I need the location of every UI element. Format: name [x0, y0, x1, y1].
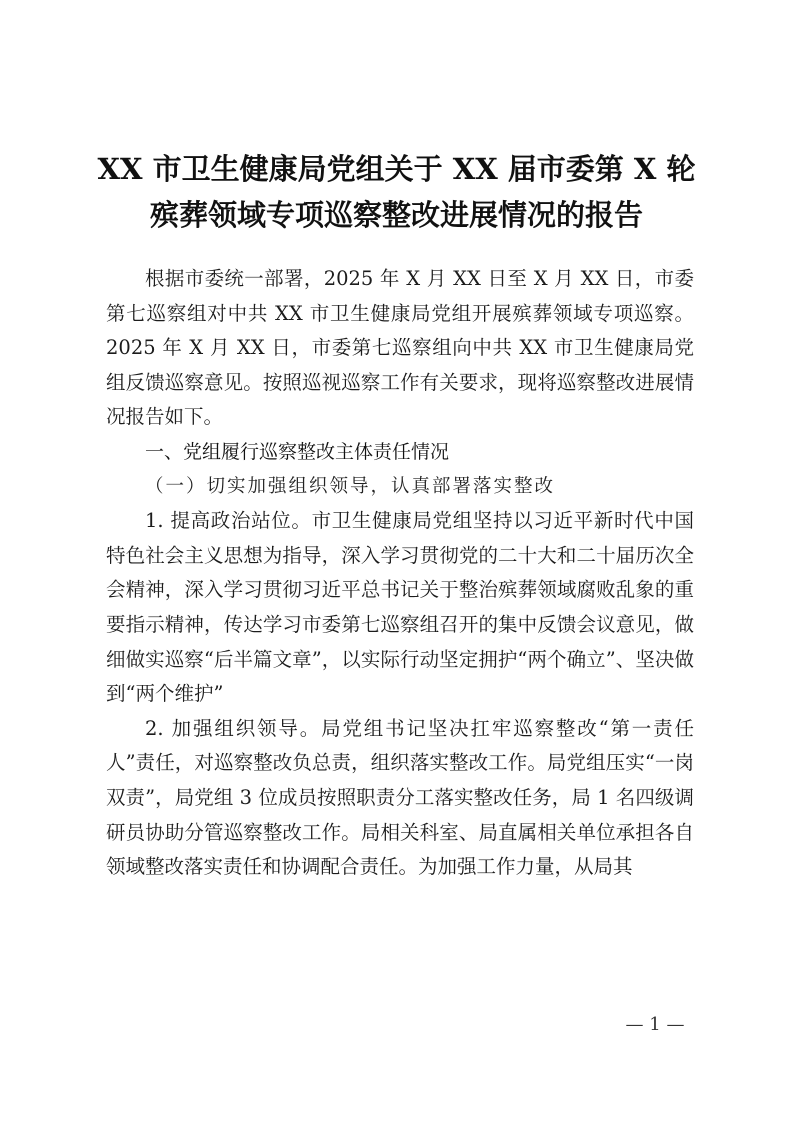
subsection-heading-1: （一）切实加强组织领导，认真部署落实整改 [106, 470, 694, 505]
section-heading-1: 一、党组履行巡察整改主体责任情况 [106, 435, 694, 470]
document-page: XX 市卫生健康局党组关于 XX 届市委第 X 轮 殡葬领域专项巡察整改进展情况… [0, 0, 793, 1122]
title-line-1: XX 市卫生健康局党组关于 XX 届市委第 X 轮 [90, 146, 703, 192]
item-2-paragraph: 2. 加强组织领导。局党组书记坚决扛牢巡察整改“第一责任人”责任，对巡察整改负总… [106, 712, 694, 885]
page-number: — 1 — [600, 1014, 710, 1035]
document-body: 根据市委统一部署，2025 年 X 月 XX 日至 X 月 XX 日，市委第七巡… [106, 262, 694, 885]
title-line-2: 殡葬领域专项巡察整改进展情况的报告 [90, 192, 703, 238]
intro-paragraph: 根据市委统一部署，2025 年 X 月 XX 日至 X 月 XX 日，市委第七巡… [106, 262, 694, 435]
document-title: XX 市卫生健康局党组关于 XX 届市委第 X 轮 殡葬领域专项巡察整改进展情况… [90, 146, 703, 238]
item-1-paragraph: 1. 提高政治站位。市卫生健康局党组坚持以习近平新时代中国特色社会主义思想为指导… [106, 504, 694, 712]
